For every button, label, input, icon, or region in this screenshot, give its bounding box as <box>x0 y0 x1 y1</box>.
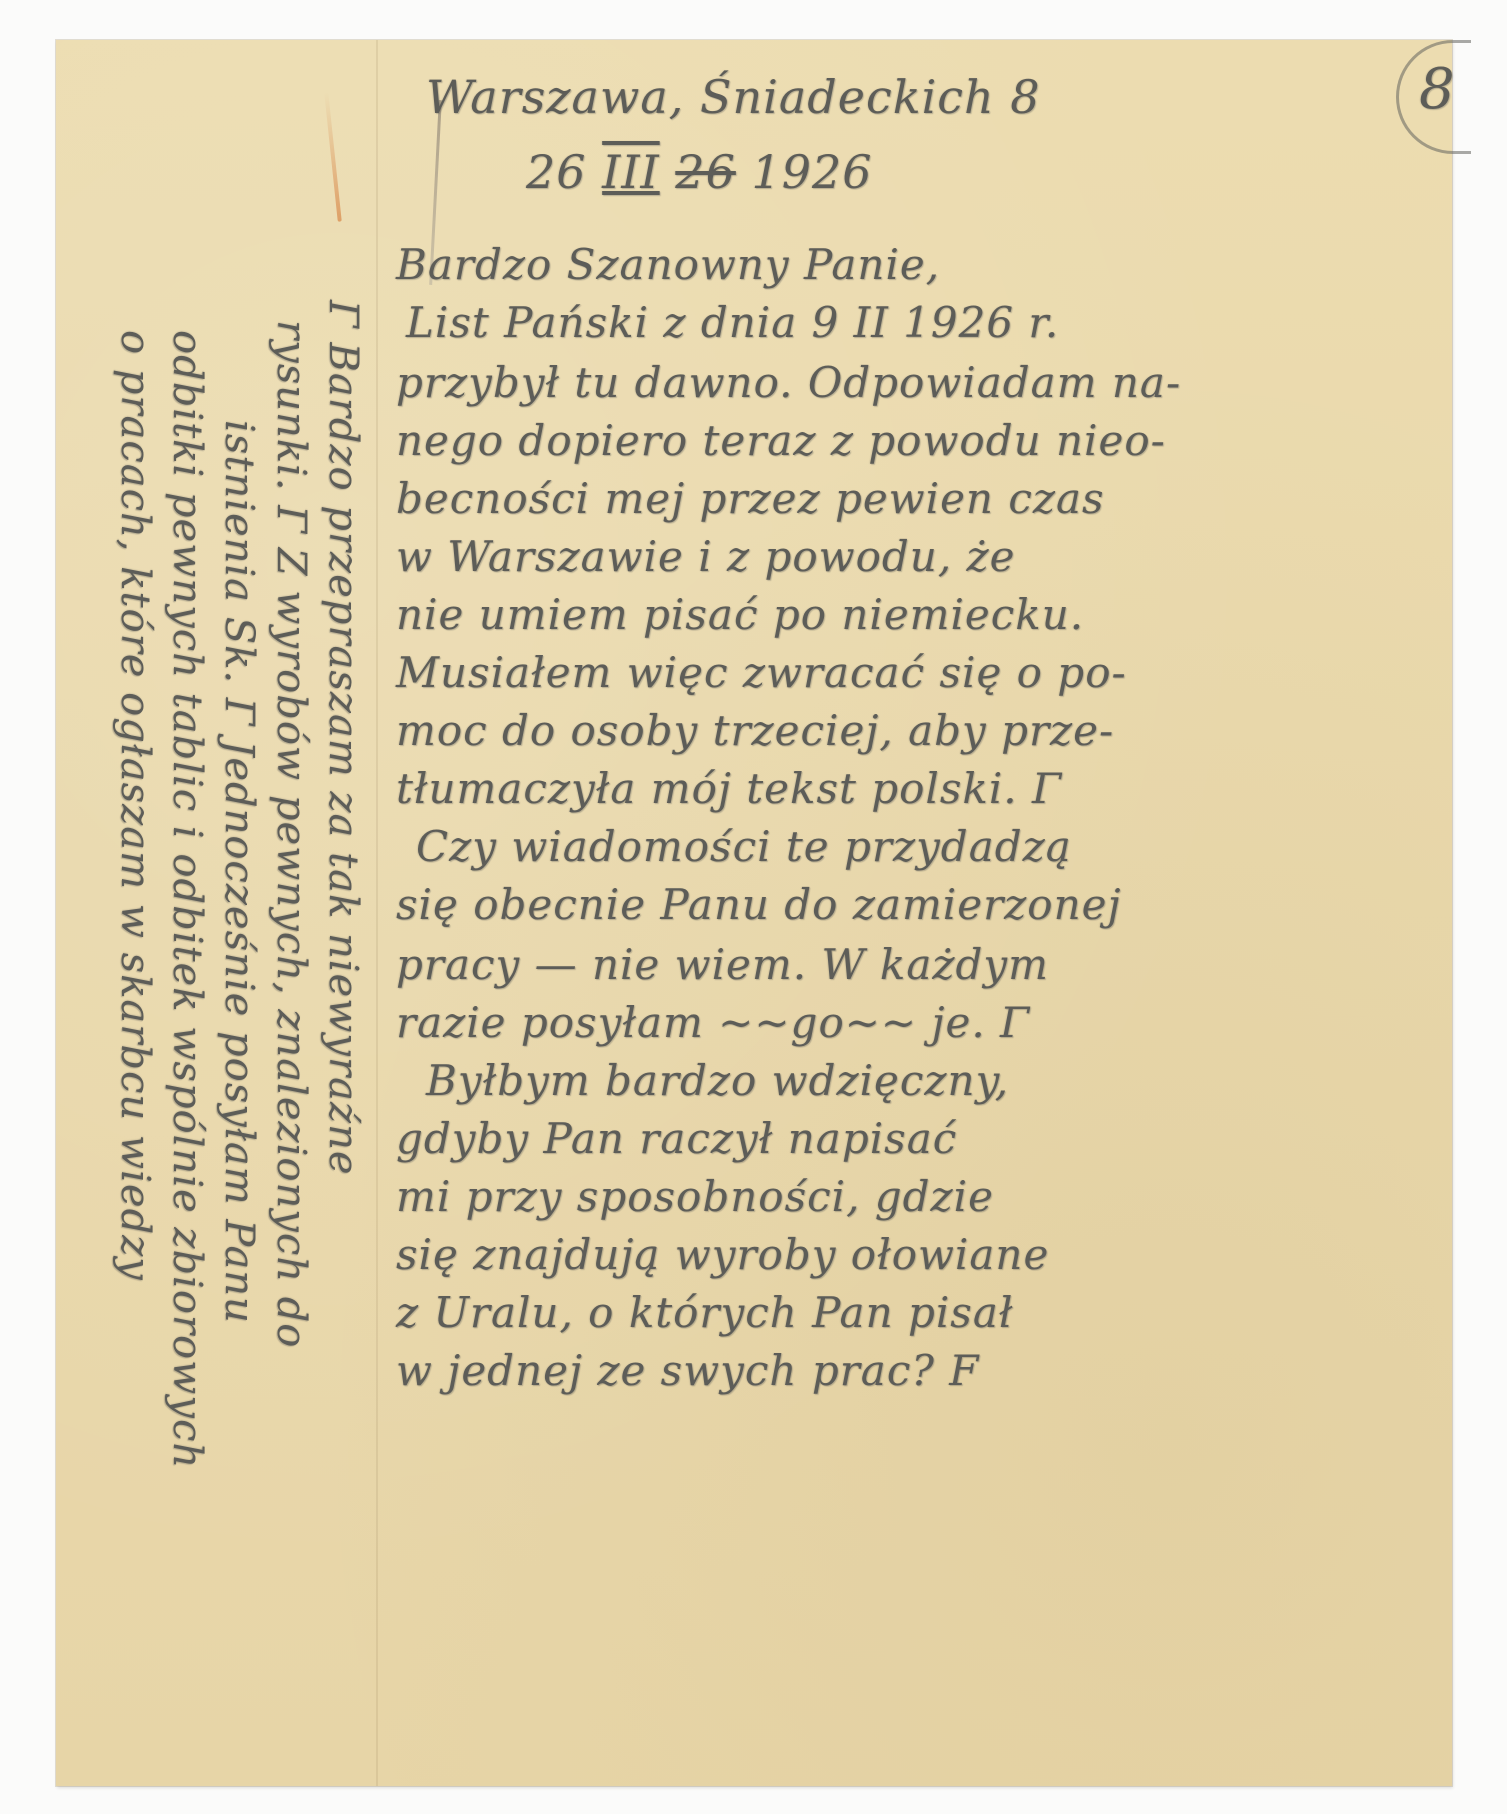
date-struck: 26 <box>675 145 736 199</box>
body-line: nie umiem pisać po niemiecku. <box>396 590 1084 639</box>
body-line: w jednej ze swych prac? F <box>396 1346 979 1395</box>
body-line: się obecnie Panu do zamierzonej <box>396 880 1122 929</box>
margin-line: odbitki pewnych tablic i odbitek wspólni… <box>164 330 210 1469</box>
body-line: nego dopiero teraz z powodu nieo- <box>396 416 1166 465</box>
orange-crayon-mark <box>324 92 342 222</box>
letter-place: Warszawa, Śniadeckich 8 <box>426 70 1041 124</box>
page-number: 8 <box>1419 57 1456 122</box>
date-year: 1926 <box>751 145 872 199</box>
letter-sheet: Warszawa, Śniadeckich 8 26 III 26 1926 8… <box>56 40 1452 1786</box>
body-line: pracy — nie wiem. W każdym <box>396 940 1049 989</box>
body-line: List Pański z dnia 9 II 1926 r. <box>406 298 1059 347</box>
body-line: moc do osoby trzeciej, aby prze- <box>396 706 1114 755</box>
body-line: razie posyłam ~~go~~ je. Γ <box>396 998 1030 1047</box>
letter-date: 26 III 26 1926 <box>526 145 873 199</box>
page-number-circle: 8 <box>1396 40 1471 154</box>
body-line: przybył tu dawno. Odpowiadam na- <box>396 358 1181 407</box>
body-line: się znajdują wyroby ołowiane <box>396 1230 1049 1279</box>
margin-line: istnienia Sk. Γ Jednocześnie posyłam Pan… <box>216 420 262 1324</box>
body-line: Byłbym bardzo wdzięczny, <box>426 1056 1009 1105</box>
body-line: gdyby Pan raczył napisać <box>396 1114 957 1163</box>
body-line: mi przy sposobności, gdzie <box>396 1172 994 1221</box>
margin-line: o pracach, które ogłaszam w skarbcu wied… <box>112 330 158 1281</box>
date-day: 26 <box>526 145 602 199</box>
margin-line: Γ Bardzo przepraszam za tak niewyraźne <box>320 300 366 1176</box>
body-line: z Uralu, o których Pan pisał <box>396 1288 1014 1337</box>
body-line: w Warszawie i z powodu, że <box>396 532 1016 581</box>
margin-line: rysunki. Γ Z wyrobów pewnych, znaleziony… <box>268 320 314 1348</box>
body-line: becności mej przez pewien czas <box>396 474 1105 523</box>
body-line: tłumaczyła mój tekst polski. Γ <box>396 764 1062 813</box>
date-month: III <box>602 145 660 199</box>
fold-line <box>376 40 378 1786</box>
body-line: Czy wiadomości te przydadzą <box>416 822 1072 871</box>
body-line: Bardzo Szanowny Panie, <box>396 240 940 289</box>
body-line: Musiałem więc zwracać się o po- <box>396 648 1127 697</box>
